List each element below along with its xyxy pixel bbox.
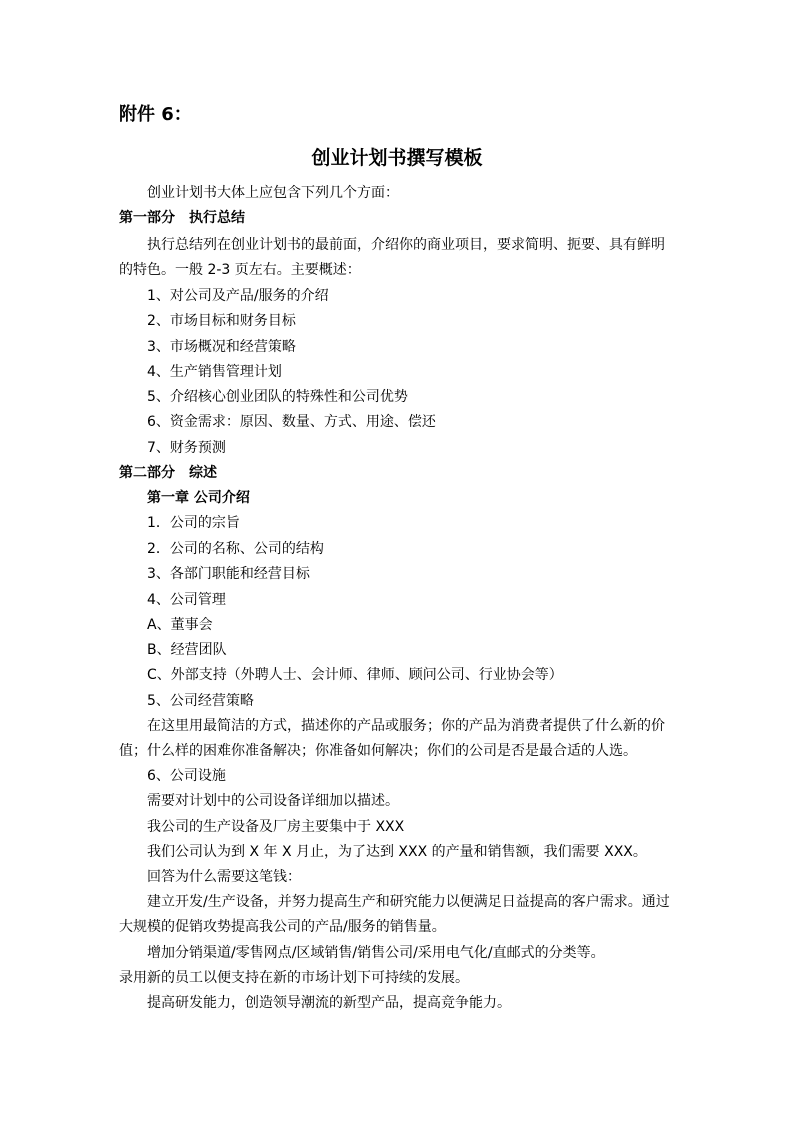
list-item: 5、公司经营策略 [147,692,254,710]
reason-para: 建立开发/生产设备，并努力提高生产和研究能力以便满足日益提高的客户需求。通过 [147,893,670,911]
list-item: 7、财务预测 [147,439,226,457]
strategy-para: 在这里用最简洁的方式，描述你的产品或服务；你的产品为消费者提供了什么新的价 [147,717,665,735]
facilities-line: 回答为什么需要这笔钱： [147,868,301,886]
facilities-line: 我公司的生产设备及厂房主要集中于 XXX [147,818,404,836]
list-item: 5、介绍核心创业团队的特殊性和公司优势 [147,388,408,406]
facilities-line: 我们公司认为到 X 年 X 月止，为了达到 XXX 的产量和销售额，我们需要 X… [147,843,647,861]
document-title: 创业计划书撰写模板 [0,149,794,167]
list-item: 1、对公司及产品/服务的介绍 [147,287,329,305]
list-item: 4、公司管理 [147,591,226,609]
list-item: A、董事会 [147,616,213,634]
list-item: 2．公司的名称、公司的结构 [147,540,324,558]
list-item: C、外部支持（外聘人士、会计师、律师、顾问公司、行业协会等） [147,666,563,684]
reason-para: 提高研发能力，创造领导潮流的新型产品，提高竞争能力。 [147,994,511,1012]
part1-para: 执行总结列在创业计划书的最前面，介绍你的商业项目，要求简明、扼要、具有鲜明 [147,236,665,254]
attachment-label: 附件 6： [119,106,192,124]
strategy-para: 值；什么样的困难你准备解决；你准备如何解决；你们的公司是否是最合适的人选。 [119,742,637,760]
facilities-line: 需要对计划中的公司设备详细加以描述。 [147,792,399,810]
part1-heading: 第一部分 执行总结 [119,209,245,227]
list-item: 6、资金需求：原因、数量、方式、用途、偿还 [147,413,436,431]
part1-para: 的特色。一般 2-3 页左右。主要概述： [119,261,361,279]
facilities-heading: 6、公司设施 [147,767,226,785]
intro-text: 创业计划书大体上应包含下列几个方面： [147,184,399,202]
list-item: 1．公司的宗旨 [147,514,240,532]
chapter1-heading: 第一章 公司介绍 [147,489,250,507]
reason-para: 录用新的员工以便支持在新的市场计划下可持续的发展。 [119,969,469,987]
list-item: B、经营团队 [147,641,227,659]
list-item: 4、生产销售管理计划 [147,363,282,381]
document-page: 附件 6： 创业计划书撰写模板 创业计划书大体上应包含下列几个方面： 第一部分 … [0,0,794,1123]
list-item: 3、各部门职能和经营目标 [147,565,310,583]
part2-heading: 第二部分 综述 [119,464,217,482]
list-item: 3、市场概况和经营策略 [147,338,296,356]
list-item: 2、市场目标和财务目标 [147,312,296,330]
reason-para: 增加分销渠道/零售网点/区域销售/销售公司/采用电气化/直邮式的分类等。 [147,944,605,962]
reason-para: 大规模的促销攻势提高我公司的产品/服务的销售量。 [119,918,446,936]
